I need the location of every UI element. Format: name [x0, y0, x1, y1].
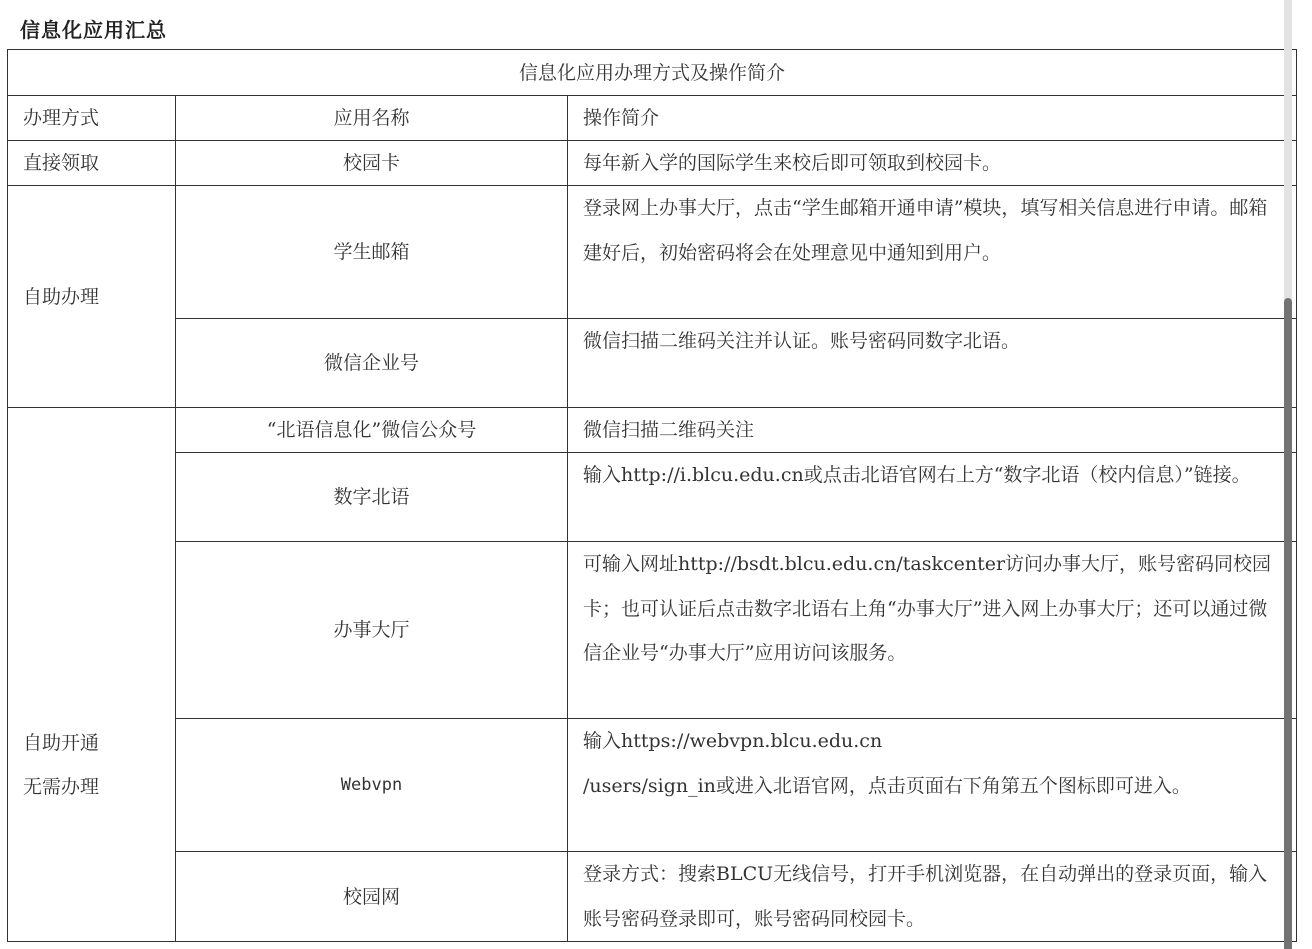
description-cell: 输入https://webvpn.blcu.edu.cn /users/sign… — [568, 719, 1297, 852]
page-title: 信息化应用汇总 — [20, 14, 167, 43]
app-name-cell: 校园卡 — [176, 141, 568, 186]
header-method: 办理方式 — [8, 96, 176, 141]
method-cell: 自助开通 无需办理 — [8, 408, 176, 942]
header-app-name: 应用名称 — [176, 96, 568, 141]
table-caption-row: 信息化应用办理方式及操作简介 — [8, 50, 1297, 96]
method-line-1: 自助开通 — [23, 721, 160, 765]
app-name-cell: 数字北语 — [176, 453, 568, 542]
table-row: 自助办理 学生邮箱 登录网上办事大厅，点击“学生邮箱开通申请”模块，填写相关信息… — [8, 186, 1297, 319]
description-cell: 登录网上办事大厅，点击“学生邮箱开通申请”模块，填写相关信息进行申请。邮箱建好后… — [568, 186, 1297, 319]
description-cell: 微信扫描二维码关注并认证。账号密码同数字北语。 — [568, 319, 1297, 408]
table-caption: 信息化应用办理方式及操作简介 — [8, 50, 1297, 96]
description-line-1: 输入https://webvpn.blcu.edu.cn — [583, 719, 1281, 764]
table-row: 数字北语 输入http://i.blcu.edu.cn或点击北语官网右上方“数字… — [8, 453, 1297, 542]
table-row: 微信企业号 微信扫描二维码关注并认证。账号密码同数字北语。 — [8, 319, 1297, 408]
table-row: Webvpn 输入https://webvpn.blcu.edu.cn /use… — [8, 719, 1297, 852]
vertical-scrollbar-thumb[interactable] — [1284, 298, 1292, 949]
table-row: 自助开通 无需办理 “北语信息化”微信公众号 微信扫描二维码关注 — [8, 408, 1297, 453]
description-cell: 每年新入学的国际学生来校后即可领取到校园卡。 — [568, 141, 1297, 186]
method-line-2: 无需办理 — [23, 765, 160, 809]
description-cell: 输入http://i.blcu.edu.cn或点击北语官网右上方“数字北语（校内… — [568, 453, 1297, 542]
app-name-cell: 校园网 — [176, 852, 568, 942]
method-cell: 自助办理 — [8, 186, 176, 408]
table-row: 直接领取 校园卡 每年新入学的国际学生来校后即可领取到校园卡。 — [8, 141, 1297, 186]
header-description: 操作简介 — [568, 96, 1297, 141]
app-name-cell: “北语信息化”微信公众号 — [176, 408, 568, 453]
description-cell: 登录方式：搜索BLCU无线信号，打开手机浏览器，在自动弹出的登录页面，输入账号密… — [568, 852, 1297, 942]
description-cell: 微信扫描二维码关注 — [568, 408, 1297, 453]
table-row: 校园网 登录方式：搜索BLCU无线信号，打开手机浏览器，在自动弹出的登录页面，输… — [8, 852, 1297, 942]
info-apps-table: 信息化应用办理方式及操作简介 办理方式 应用名称 操作简介 直接领取 校园卡 每… — [7, 49, 1297, 942]
method-cell: 直接领取 — [8, 141, 176, 186]
app-name-cell: 微信企业号 — [176, 319, 568, 408]
table-row: 办事大厅 可输入网址http://bsdt.blcu.edu.cn/taskce… — [8, 542, 1297, 719]
app-name-cell: Webvpn — [176, 719, 568, 852]
description-line-2: /users/sign_in或进入北语官网，点击页面右下角第五个图标即可进入。 — [583, 764, 1281, 809]
app-name-cell: 办事大厅 — [176, 542, 568, 719]
description-cell: 可输入网址http://bsdt.blcu.edu.cn/taskcenter访… — [568, 542, 1297, 719]
table-header-row: 办理方式 应用名称 操作简介 — [8, 96, 1297, 141]
app-name-cell: 学生邮箱 — [176, 186, 568, 319]
